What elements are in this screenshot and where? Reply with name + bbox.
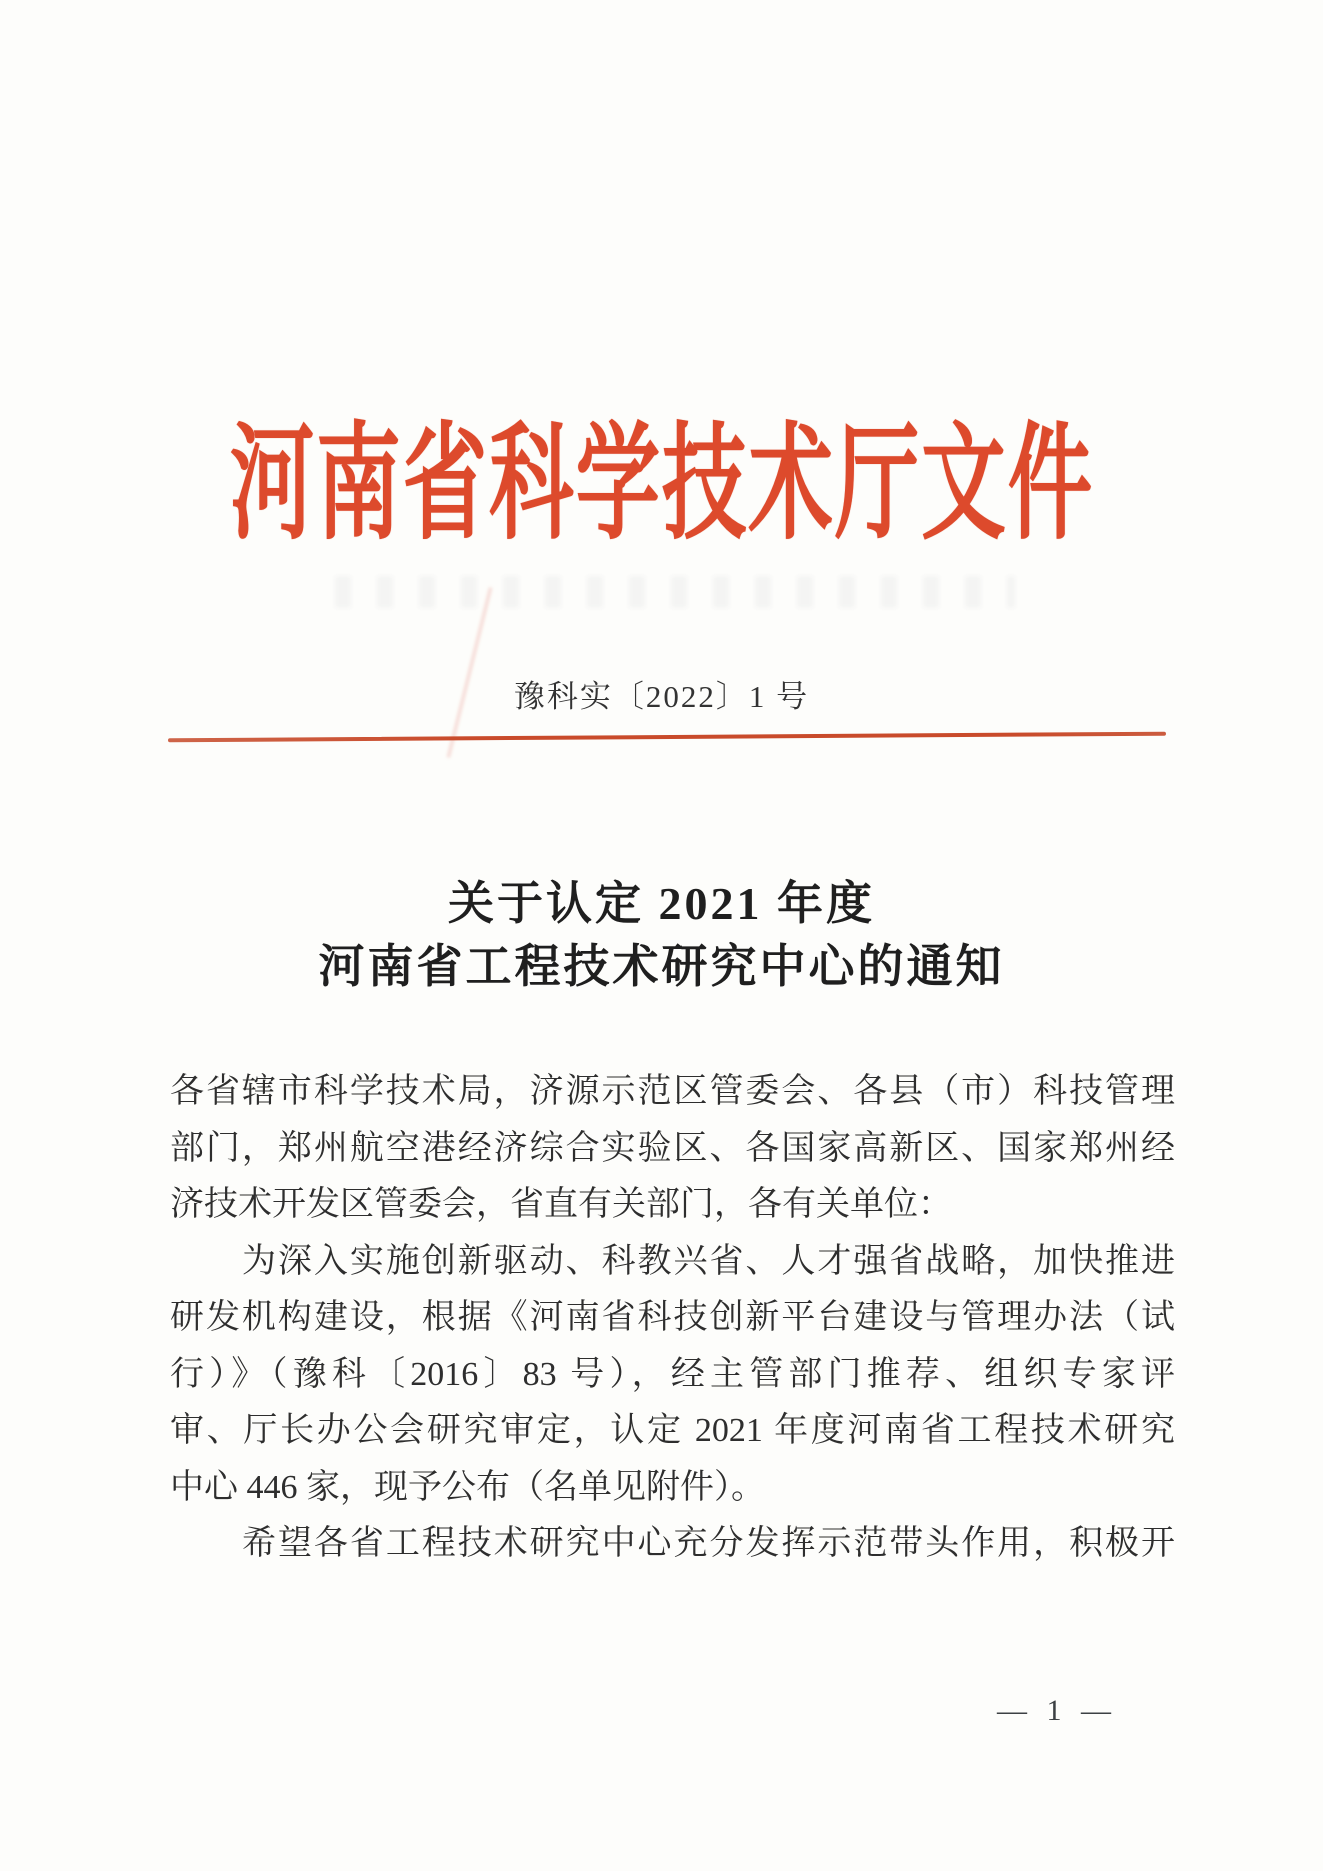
body-line: 各省辖市科学技术局，济源示范区管委会、各县（市）科技管理 bbox=[170, 1064, 1175, 1121]
agency-header-title: 河南省科学技术厅文件 bbox=[0, 420, 1323, 552]
notice-title: 关于认定 2021 年度 河南省工程技术研究中心的通知 bbox=[0, 872, 1323, 998]
page-number: — 1 — bbox=[997, 1694, 1117, 1728]
body-text: 各省辖市科学技术局，济源示范区管委会、各县（市）科技管理 部门，郑州航空港经济综… bbox=[170, 1064, 1175, 1573]
agency-header-title-text: 河南省科学技术厅文件 bbox=[229, 420, 1093, 552]
body-line: 部门，郑州航空港经济综合实验区、各国家高新区、国家郑州经 bbox=[170, 1121, 1175, 1178]
body-line: 研发机构建设，根据《河南省科技创新平台建设与管理办法（试 bbox=[170, 1290, 1175, 1347]
body-line: 审、厅长办公会研究审定，认定 2021 年度河南省工程技术研究 bbox=[170, 1403, 1175, 1460]
body-line: 济技术开发区管委会，省直有关部门，各有关单位： bbox=[170, 1177, 1175, 1234]
body-line: 希望各省工程技术研究中心充分发挥示范带头作用，积极开 bbox=[170, 1516, 1175, 1573]
notice-title-line1: 关于认定 2021 年度 bbox=[0, 872, 1323, 935]
red-separator-rule bbox=[168, 732, 1166, 743]
document-number: 豫科实〔2022〕1 号 bbox=[0, 671, 1323, 716]
body-line: 行）》（豫科〔2016〕83 号），经主管部门推荐、组织专家评 bbox=[170, 1347, 1175, 1404]
notice-title-line2: 河南省工程技术研究中心的通知 bbox=[0, 935, 1323, 998]
body-line: 中心 446 家，现予公布（名单见附件）。 bbox=[170, 1460, 1175, 1517]
bleedthrough-artifact bbox=[335, 576, 1015, 608]
body-line: 为深入实施创新驱动、科教兴省、人才强省战略，加快推进 bbox=[170, 1234, 1175, 1291]
document-page: 河南省科学技术厅文件 豫科实〔2022〕1 号 关于认定 2021 年度 河南省… bbox=[0, 0, 1323, 1871]
